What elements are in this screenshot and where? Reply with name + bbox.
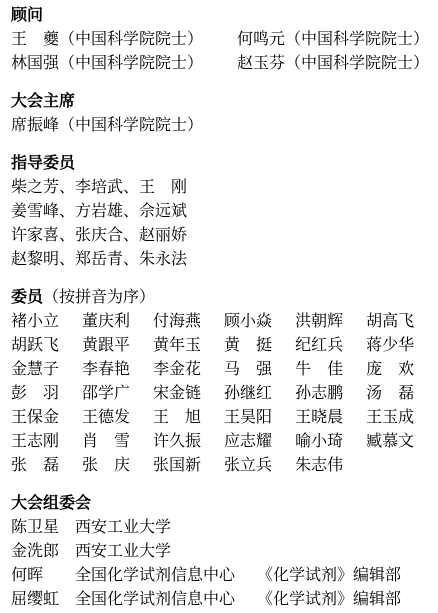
member-row: 王志刚肖 雪许久振应志耀喻小琦臧慕文 (11, 430, 434, 454)
member-name: 喻小琦 (295, 430, 343, 454)
member-name: 蒋少华 (366, 334, 414, 358)
advisors-section: 顾问 王 夔（中国科学院院士）何鸣元（中国科学院院士）林国强（中国科学院院士）赵… (11, 4, 434, 76)
member-name: 王德发 (82, 406, 130, 430)
organizing-member-name: 何晖 (11, 564, 75, 588)
organizing-rows: 陈卫星西安工业大学金洗郎西安工业大学何晖全国化学试剂信息中心《化学试剂》编辑部屈… (11, 516, 434, 612)
member-row: 褚小立董庆利付海燕顾小焱洪朝辉胡高飞 (11, 310, 434, 334)
organizing-member-name: 金洗郎 (11, 540, 75, 564)
organizing-row: 屈缨虹全国化学试剂信息中心《化学试剂》编辑部 (11, 588, 434, 612)
steering-entry: 姜雪峰、方岩雄、佘远斌 (11, 200, 434, 224)
chair-entry: 席振峰（中国科学院院士） (11, 114, 434, 138)
members-heading-title: 委员 (11, 289, 43, 306)
steering-entry: 柴之芳、李培武、王 刚 (11, 176, 434, 200)
member-name: 金慧子 (11, 358, 59, 382)
member-name: 王保金 (11, 406, 59, 430)
organizing-heading: 大会组委会 (11, 492, 434, 516)
committee-document: 顾问 王 夔（中国科学院院士）何鸣元（中国科学院院士）林国强（中国科学院院士）赵… (0, 0, 438, 612)
organizing-section: 大会组委会 陈卫星西安工业大学金洗郎西安工业大学何晖全国化学试剂信息中心《化学试… (11, 492, 434, 612)
member-name: 王昊阳 (224, 406, 272, 430)
members-rows: 褚小立董庆利付海燕顾小焱洪朝辉胡高飞胡跃飞黄跟平黄年玉黄 挺纪红兵蒋少华金慧子李… (11, 310, 434, 478)
member-name: 彭 羽 (11, 382, 59, 406)
member-name: 董庆利 (82, 310, 130, 334)
chair-lines: 席振峰（中国科学院院士） (11, 114, 434, 138)
members-heading-note: （按拼音为序） (43, 289, 155, 306)
member-name: 胡跃飞 (11, 334, 59, 358)
member-name: 张国新 (153, 454, 201, 478)
member-row: 张 磊张 庆张国新张立兵朱志伟 (11, 454, 434, 478)
organizing-member-affiliation-extra: 《化学试剂》编辑部 (257, 564, 401, 588)
advisor-entry: 王 夔（中国科学院院士） (11, 28, 237, 52)
advisor-entry: 林国强（中国科学院院士） (11, 52, 237, 76)
organizing-member-name: 陈卫星 (11, 516, 75, 540)
member-name: 张 庆 (82, 454, 130, 478)
chair-heading: 大会主席 (11, 90, 434, 114)
member-name: 张立兵 (224, 454, 272, 478)
organizing-row: 金洗郎西安工业大学 (11, 540, 434, 564)
steering-entry: 赵黎明、郑岳青、朱永法 (11, 248, 434, 272)
member-name: 孙继红 (224, 382, 272, 406)
steering-section: 指导委员 柴之芳、李培武、王 刚姜雪峰、方岩雄、佘远斌许家喜、张庆合、赵丽娇赵黎… (11, 152, 434, 272)
organizing-member-affiliation-extra: 《化学试剂》编辑部 (257, 588, 401, 612)
member-name: 邵学广 (82, 382, 130, 406)
member-name: 黄年玉 (153, 334, 201, 358)
member-name: 李金花 (153, 358, 201, 382)
steering-lines: 柴之芳、李培武、王 刚姜雪峰、方岩雄、佘远斌许家喜、张庆合、赵丽娇赵黎明、郑岳青… (11, 176, 434, 272)
member-name: 王玉成 (366, 406, 414, 430)
steering-entry: 许家喜、张庆合、赵丽娇 (11, 224, 434, 248)
organizing-member-affiliation: 全国化学试剂信息中心 (75, 588, 235, 612)
member-name: 臧慕文 (366, 430, 414, 454)
advisors-rows: 王 夔（中国科学院院士）何鸣元（中国科学院院士）林国强（中国科学院院士）赵玉芬（… (11, 28, 434, 76)
member-name: 付海燕 (153, 310, 201, 334)
member-name: 宋金链 (153, 382, 201, 406)
members-section: 委员（按拼音为序） 褚小立董庆利付海燕顾小焱洪朝辉胡高飞胡跃飞黄跟平黄年玉黄 挺… (11, 286, 434, 478)
member-row: 王保金王德发王 旭王昊阳王晓晨王玉成 (11, 406, 434, 430)
member-name: 孙志鹏 (295, 382, 343, 406)
organizing-member-affiliation: 全国化学试剂信息中心 (75, 564, 235, 588)
member-name: 李春艳 (82, 358, 130, 382)
member-name: 汤 磊 (366, 382, 414, 406)
member-name: 王志刚 (11, 430, 59, 454)
member-name: 顾小焱 (224, 310, 272, 334)
member-name: 洪朝辉 (295, 310, 343, 334)
member-name: 许久振 (153, 430, 201, 454)
member-name: 肖 雪 (82, 430, 130, 454)
member-name: 胡高飞 (366, 310, 414, 334)
advisor-entry: 赵玉芬（中国科学院院士） (237, 52, 429, 76)
advisors-heading: 顾问 (11, 4, 434, 28)
member-row: 胡跃飞黄跟平黄年玉黄 挺纪红兵蒋少华 (11, 334, 434, 358)
member-name: 马 强 (224, 358, 272, 382)
advisor-row: 王 夔（中国科学院院士）何鸣元（中国科学院院士） (11, 28, 434, 52)
member-row: 金慧子李春艳李金花马 强牛 佳庞 欢 (11, 358, 434, 382)
member-name: 朱志伟 (295, 454, 343, 478)
member-row: 彭 羽邵学广宋金链孙继红孙志鹏汤 磊 (11, 382, 434, 406)
member-name: 张 磊 (11, 454, 59, 478)
chair-section: 大会主席 席振峰（中国科学院院士） (11, 90, 434, 138)
advisor-entry: 何鸣元（中国科学院院士） (237, 28, 429, 52)
member-name: 王 旭 (153, 406, 201, 430)
organizing-row: 陈卫星西安工业大学 (11, 516, 434, 540)
organizing-member-affiliation: 西安工业大学 (75, 516, 171, 540)
member-name: 纪红兵 (295, 334, 343, 358)
member-name: 黄 挺 (224, 334, 272, 358)
organizing-member-affiliation: 西安工业大学 (75, 540, 171, 564)
member-name: 王晓晨 (295, 406, 343, 430)
member-name: 黄跟平 (82, 334, 130, 358)
member-name: 庞 欢 (366, 358, 414, 382)
members-heading: 委员（按拼音为序） (11, 286, 434, 310)
steering-heading: 指导委员 (11, 152, 434, 176)
advisor-row: 林国强（中国科学院院士）赵玉芬（中国科学院院士） (11, 52, 434, 76)
member-name: 褚小立 (11, 310, 59, 334)
member-name: 应志耀 (224, 430, 272, 454)
member-name: 牛 佳 (295, 358, 343, 382)
organizing-member-name: 屈缨虹 (11, 588, 75, 612)
organizing-row: 何晖全国化学试剂信息中心《化学试剂》编辑部 (11, 564, 434, 588)
